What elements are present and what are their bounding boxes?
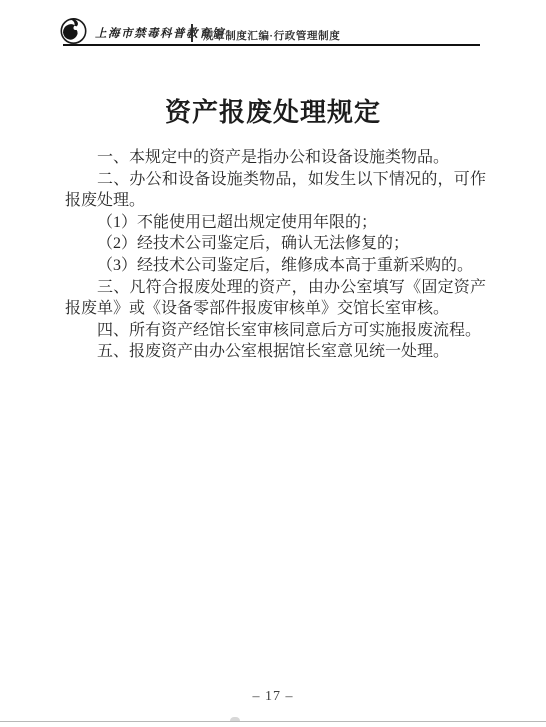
paragraph: 二、办公和设备设施类物品，如发生以下情况的，可作报废处理。 [65, 169, 486, 212]
paragraph: （1）不能使用已超出规定使用年限的； [65, 212, 486, 234]
page-bottom-edge [0, 721, 546, 722]
document-body: 一、本规定中的资产是指办公和设备设施类物品。 二、办公和设备设施类物品，如发生以… [65, 147, 486, 363]
paragraph: 四、所有资产经馆长室审核同意后方可实施报废流程。 [65, 320, 486, 342]
paragraph: （2）经技术公司鉴定后，确认无法修复的； [65, 233, 486, 255]
museum-logo-icon [59, 16, 88, 45]
header-rule [63, 44, 480, 46]
paragraph: 五、报废资产由办公室根据馆长室意见统一处理。 [65, 341, 486, 363]
header-divider [191, 24, 193, 42]
page-number: – 17 – [0, 689, 546, 705]
paragraph: （3）经技术公司鉴定后，维修成本高于重新采购的。 [65, 255, 486, 277]
paragraph: 一、本规定中的资产是指办公和设备设施类物品。 [65, 147, 486, 169]
page-title: 资产报废处理规定 [0, 92, 546, 129]
document-page: 上海市禁毒科普教育馆 规章制度汇编·行政管理制度 资产报废处理规定 一、本规定中… [0, 0, 546, 727]
paragraph: 三、凡符合报废处理的资产，由办公室填写《固定资产报废单》或《设备零部件报废审核单… [65, 277, 486, 320]
section-label: 规章制度汇编·行政管理制度 [203, 28, 340, 43]
